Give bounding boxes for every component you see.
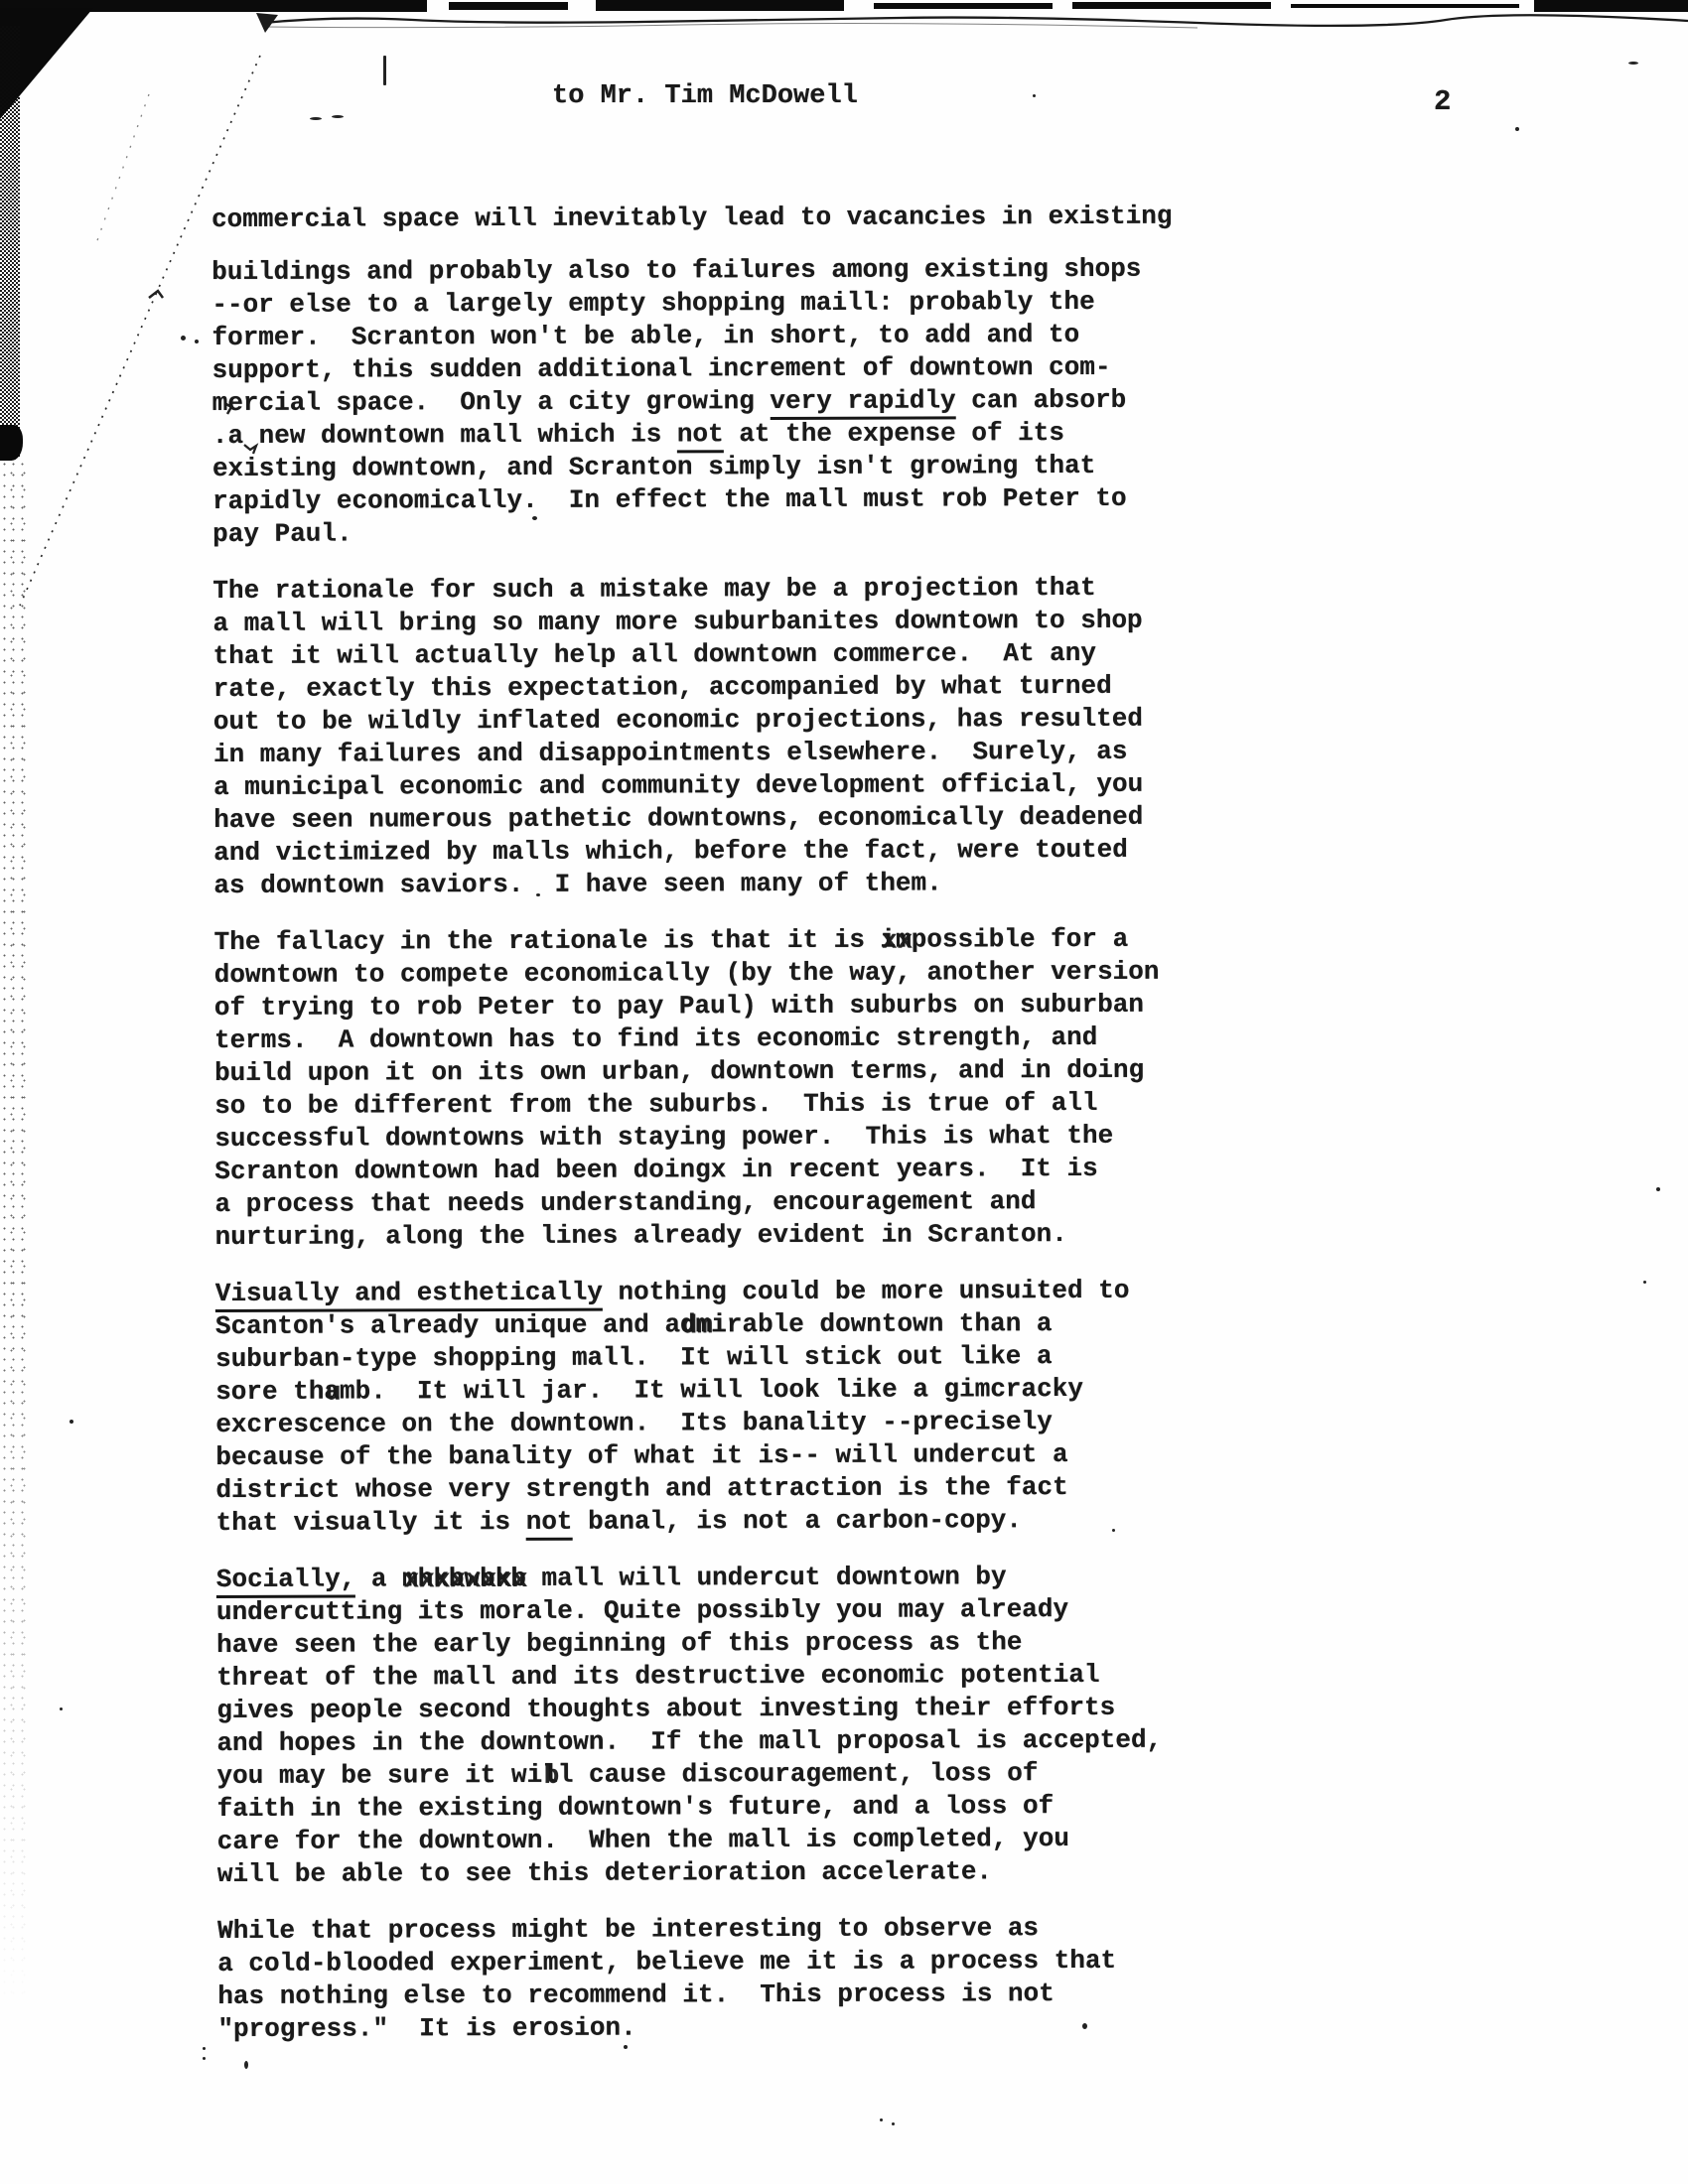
text-line: has nothing else to recommend it. This p…	[217, 1977, 1210, 2012]
overstruck-text: mhkbwbkb	[402, 1563, 526, 1595]
ink-speck	[203, 2057, 206, 2060]
text-segment: out to be wildly inflated economic proje…	[213, 704, 1143, 737]
text-line: downtown to compete economically (by the…	[214, 956, 1207, 992]
text-segment: mb. It will jar. It will look like a gim…	[340, 1374, 1083, 1407]
ink-speck	[244, 2061, 248, 2069]
text-line: will be able to see this deterioration a…	[217, 1854, 1210, 1890]
text-line: so to be different from the suburbs. Thi…	[214, 1087, 1207, 1123]
paragraph: The rationale for such a mistake may be …	[212, 572, 1206, 902]
text-segment: can absorb	[956, 385, 1127, 416]
text-segment: l cause discouragement, loss of	[558, 1758, 1039, 1790]
text-segment: threat of the mall and its destructive e…	[216, 1660, 1099, 1693]
text-segment: Scranton downtown had been doingx in rec…	[214, 1154, 1097, 1186]
page-number: 2	[1434, 85, 1451, 118]
ink-speck	[892, 2122, 895, 2125]
text-segment: sore th	[215, 1377, 324, 1407]
ink-speck	[1515, 127, 1519, 131]
text-line: that visually it is not banal, is not a …	[216, 1504, 1209, 1540]
text-segment: downtown to compete economically (by the…	[214, 957, 1160, 990]
scan-noise-strip	[0, 26, 20, 457]
ink-speck	[181, 336, 186, 341]
document-body: commercial space will inevitably lead to…	[211, 201, 1210, 2046]
underlined-text: not	[526, 1507, 573, 1541]
text-segment: district whose very strength and attract…	[215, 1472, 1067, 1505]
text-line: a process that needs understanding, enco…	[214, 1185, 1207, 1221]
underlined-text: Socially,	[216, 1565, 356, 1598]
text-line: of trying to rob Peter to pay Paul) with…	[214, 989, 1207, 1024]
scan-band	[596, 0, 844, 11]
text-segment: you may be sure it wi	[216, 1760, 542, 1791]
text-line: rapidly economically. In effect the mall…	[212, 482, 1205, 518]
arrow-mark	[256, 13, 278, 33]
text-line: rate, exactly this expectation, accompan…	[213, 670, 1206, 706]
ink-speck	[310, 117, 322, 120]
underlined-text: not	[677, 419, 724, 453]
text-segment: have seen the early beginning of this pr…	[216, 1627, 1022, 1660]
text-line: nurturing, along the lines already evide…	[215, 1218, 1208, 1254]
overstruck-text: dm	[680, 1308, 711, 1341]
text-line: "progress." It is erosion.	[217, 2009, 1210, 2045]
text-segment: rapidly economically. In effect the mall…	[212, 483, 1127, 516]
text-line: mercial space. Only a city growing very …	[212, 384, 1205, 420]
text-segment: commercial space will inevitably lead to…	[211, 202, 1172, 234]
text-segment: While that process might be interesting …	[217, 1913, 1039, 1946]
text-segment: will be able to see this deterioration a…	[217, 1856, 992, 1889]
text-segment: of trying to rob Peter to pay Paul) with…	[214, 990, 1144, 1023]
ink-speck	[383, 56, 386, 85]
ink-speck	[880, 2118, 883, 2121]
scan-speckle-strip	[0, 459, 30, 2007]
text-segment: suburban-type shopping mall. It will sti…	[215, 1341, 1053, 1374]
text-line: build upon it on its own urban, downtown…	[214, 1054, 1207, 1090]
text-segment: nurturing, along the lines already evide…	[215, 1219, 1067, 1252]
text-line: undercutting its morale. Quite possibly …	[216, 1593, 1209, 1629]
text-line: district whose very strength and attract…	[215, 1471, 1208, 1507]
text-line: Socially, a mhkbwbkb mall will undercut …	[216, 1561, 1209, 1596]
text-segment: in many failures and disappointments els…	[213, 737, 1128, 769]
text-line: that it will actually help all downtown …	[213, 637, 1206, 673]
paragraph: Socially, a mhkbwbkb mall will undercut …	[216, 1561, 1210, 1891]
text-segment: have seen numerous pathetic downtowns, e…	[213, 802, 1143, 835]
check-mark	[149, 291, 163, 298]
text-line: The fallacy in the rationale is that it …	[214, 923, 1207, 959]
underlined-text: very rapidly	[770, 385, 955, 420]
paragraph: The fallacy in the rationale is that it …	[214, 923, 1208, 1254]
text-line: existing downtown, and Scranton simply i…	[212, 450, 1205, 485]
text-line: support, this sudden additional incremen…	[212, 351, 1205, 387]
text-line: gives people second thoughts about inves…	[216, 1692, 1209, 1727]
scan-scratch-diagonal-2	[95, 94, 149, 246]
text-line: sore thamb. It will jar. It will look li…	[215, 1373, 1208, 1409]
text-segment: buildings and probably also to failures …	[211, 254, 1141, 287]
text-segment: because of the banality of what it is-- …	[215, 1439, 1067, 1472]
text-segment: has nothing else to recommend it. This p…	[217, 1979, 1055, 2011]
text-segment: former. Scranton won't be able, in short…	[211, 320, 1079, 352]
text-line: Visually and esthetically nothing could …	[215, 1275, 1208, 1310]
text-line: and hopes in the downtown. If the mall p…	[216, 1724, 1209, 1760]
text-line: a municipal economic and community devel…	[213, 768, 1206, 804]
text-line: successful downtowns with staying power.…	[214, 1120, 1207, 1156]
text-segment: faith in the existing downtown's future,…	[217, 1791, 1055, 1824]
scan-ink-blob	[0, 425, 23, 461]
overstruck-text: a	[324, 1376, 340, 1409]
text-segment: possible for a	[912, 924, 1129, 955]
text-segment: support, this sudden additional incremen…	[212, 352, 1111, 385]
text-line: .a new downtown mall which is not at the…	[212, 417, 1205, 453]
text-line: out to be wildly inflated economic proje…	[213, 703, 1206, 739]
text-segment: at the expense of its	[724, 418, 1064, 449]
overstruck-text: im	[880, 924, 911, 957]
paragraph: buildings and probably also to failures …	[211, 253, 1205, 551]
ink-speck	[195, 340, 199, 343]
text-segment: terms. A downtown has to find its econom…	[214, 1023, 1097, 1055]
text-line: --or else to a largely empty shopping ma…	[211, 286, 1204, 322]
text-segment: Scanton's already unique and a	[215, 1309, 680, 1341]
ink-speck	[60, 1707, 63, 1710]
text-line: as downtown saviors. I have seen many of…	[213, 867, 1206, 902]
text-segment: so to be different from the suburbs. Thi…	[214, 1088, 1097, 1121]
ink-speck	[1628, 62, 1638, 65]
text-segment: --or else to a largely empty shopping ma…	[211, 287, 1094, 320]
text-segment: mercial space. Only a city growing	[212, 386, 771, 418]
text-segment: a mall will bring so many more suburbani…	[212, 606, 1142, 638]
text-segment: "progress." It is erosion.	[217, 2013, 635, 2044]
text-segment: undercutting its morale. Quite possibly …	[216, 1594, 1068, 1627]
ink-speck	[1656, 1187, 1660, 1191]
text-segment: nothing could be more unsuited to	[603, 1276, 1130, 1307]
ink-speck	[70, 1420, 73, 1424]
text-segment: a municipal economic and community devel…	[213, 769, 1143, 802]
text-segment: that it will actually help all downtown …	[213, 638, 1096, 671]
scan-band	[449, 2, 568, 10]
text-line: faith in the existing downtown's future,…	[217, 1789, 1210, 1825]
text-line: care for the downtown. When the mall is …	[217, 1822, 1210, 1857]
text-segment: successful downtowns with staying power.…	[214, 1121, 1113, 1154]
text-line: commercial space will inevitably lead to…	[211, 201, 1204, 236]
text-line: in many failures and disappointments els…	[213, 736, 1206, 771]
paragraph: While that process might be interesting …	[217, 1911, 1210, 2045]
text-line: suburban-type shopping mall. It will sti…	[215, 1340, 1208, 1376]
scanned-letter-page: to Mr. Tim McDowell 2 commercial space w…	[0, 0, 1688, 2184]
text-line: threat of the mall and its destructive e…	[216, 1659, 1209, 1695]
page-header: to Mr. Tim McDowell	[552, 81, 858, 111]
text-segment: build upon it on its own urban, downtown…	[214, 1055, 1144, 1088]
scan-squiggle-line-2	[264, 24, 1197, 28]
ink-speck	[624, 2045, 628, 2049]
text-line: and victimized by malls which, before th…	[213, 834, 1206, 870]
text-segment: and victimized by malls which, before th…	[213, 835, 1128, 868]
text-line: The rationale for such a mistake may be …	[212, 572, 1205, 608]
text-line: because of the banality of what it is-- …	[215, 1438, 1208, 1474]
scan-band	[874, 3, 1053, 9]
text-segment: a cold-blooded experiment, believe me it…	[217, 1946, 1116, 1979]
text-line: terms. A downtown has to find its econom…	[214, 1022, 1207, 1057]
ink-speck	[203, 2047, 206, 2050]
text-segment: excrescence on the downtown. Its banalit…	[215, 1407, 1053, 1439]
text-line: a mall will bring so many more suburbani…	[212, 605, 1205, 640]
text-segment: gives people second thoughts about inves…	[216, 1693, 1115, 1725]
ink-speck	[1643, 1281, 1646, 1284]
ink-speck	[1033, 94, 1036, 97]
text-line: have seen numerous pathetic downtowns, e…	[213, 801, 1206, 837]
text-segment: and hopes in the downtown. If the mall p…	[216, 1725, 1162, 1758]
text-segment: that visually it is	[216, 1507, 526, 1538]
text-line: have seen the early beginning of this pr…	[216, 1626, 1209, 1662]
text-segment: rate, exactly this expectation, accompan…	[213, 671, 1112, 704]
text-segment: pay Paul.	[212, 519, 352, 549]
text-line: excrescence on the downtown. Its banalit…	[215, 1406, 1208, 1441]
text-segment: existing downtown, and Scranton simply i…	[212, 451, 1095, 483]
text-line: buildings and probably also to failures …	[211, 253, 1204, 289]
overstruck-text: l	[542, 1759, 558, 1792]
text-segment: irable downtown than a	[711, 1308, 1052, 1339]
text-line: Scranton downtown had been doingx in rec…	[214, 1153, 1207, 1188]
scan-band	[1072, 2, 1271, 9]
text-line: pay Paul.	[212, 515, 1205, 551]
underlined-text: Visually and esthetically	[215, 1278, 603, 1312]
text-segment: .a new downtown mall which is	[212, 419, 677, 451]
text-line: former. Scranton won't be able, in short…	[211, 319, 1204, 354]
paragraph: Visually and esthetically nothing could …	[215, 1275, 1209, 1540]
scan-band	[1291, 4, 1519, 8]
text-segment: The fallacy in the rationale is that it …	[214, 925, 881, 957]
text-segment: care for the downtown. When the mall is …	[217, 1824, 1069, 1856]
text-line: a cold-blooded experiment, believe me it…	[217, 1944, 1210, 1979]
scan-band	[1534, 0, 1688, 12]
text-segment: a	[355, 1564, 402, 1593]
text-line: While that process might be interesting …	[217, 1911, 1210, 1947]
text-segment: as downtown saviors. I have seen many of…	[213, 868, 941, 900]
text-segment: banal, is not a carbon-copy.	[572, 1505, 1022, 1537]
paragraph: commercial space will inevitably lead to…	[211, 201, 1204, 236]
text-line: you may be sure it will cause discourage…	[216, 1756, 1209, 1792]
ink-speck	[332, 115, 344, 118]
text-line: Scanton's already unique and admirable d…	[215, 1307, 1208, 1343]
scan-squiggle-line	[264, 15, 1688, 26]
text-segment: The rationale for such a mistake may be …	[212, 573, 1095, 606]
text-segment: mall will undercut downtown by	[526, 1562, 1007, 1593]
text-segment: a process that needs understanding, enco…	[214, 1186, 1036, 1219]
